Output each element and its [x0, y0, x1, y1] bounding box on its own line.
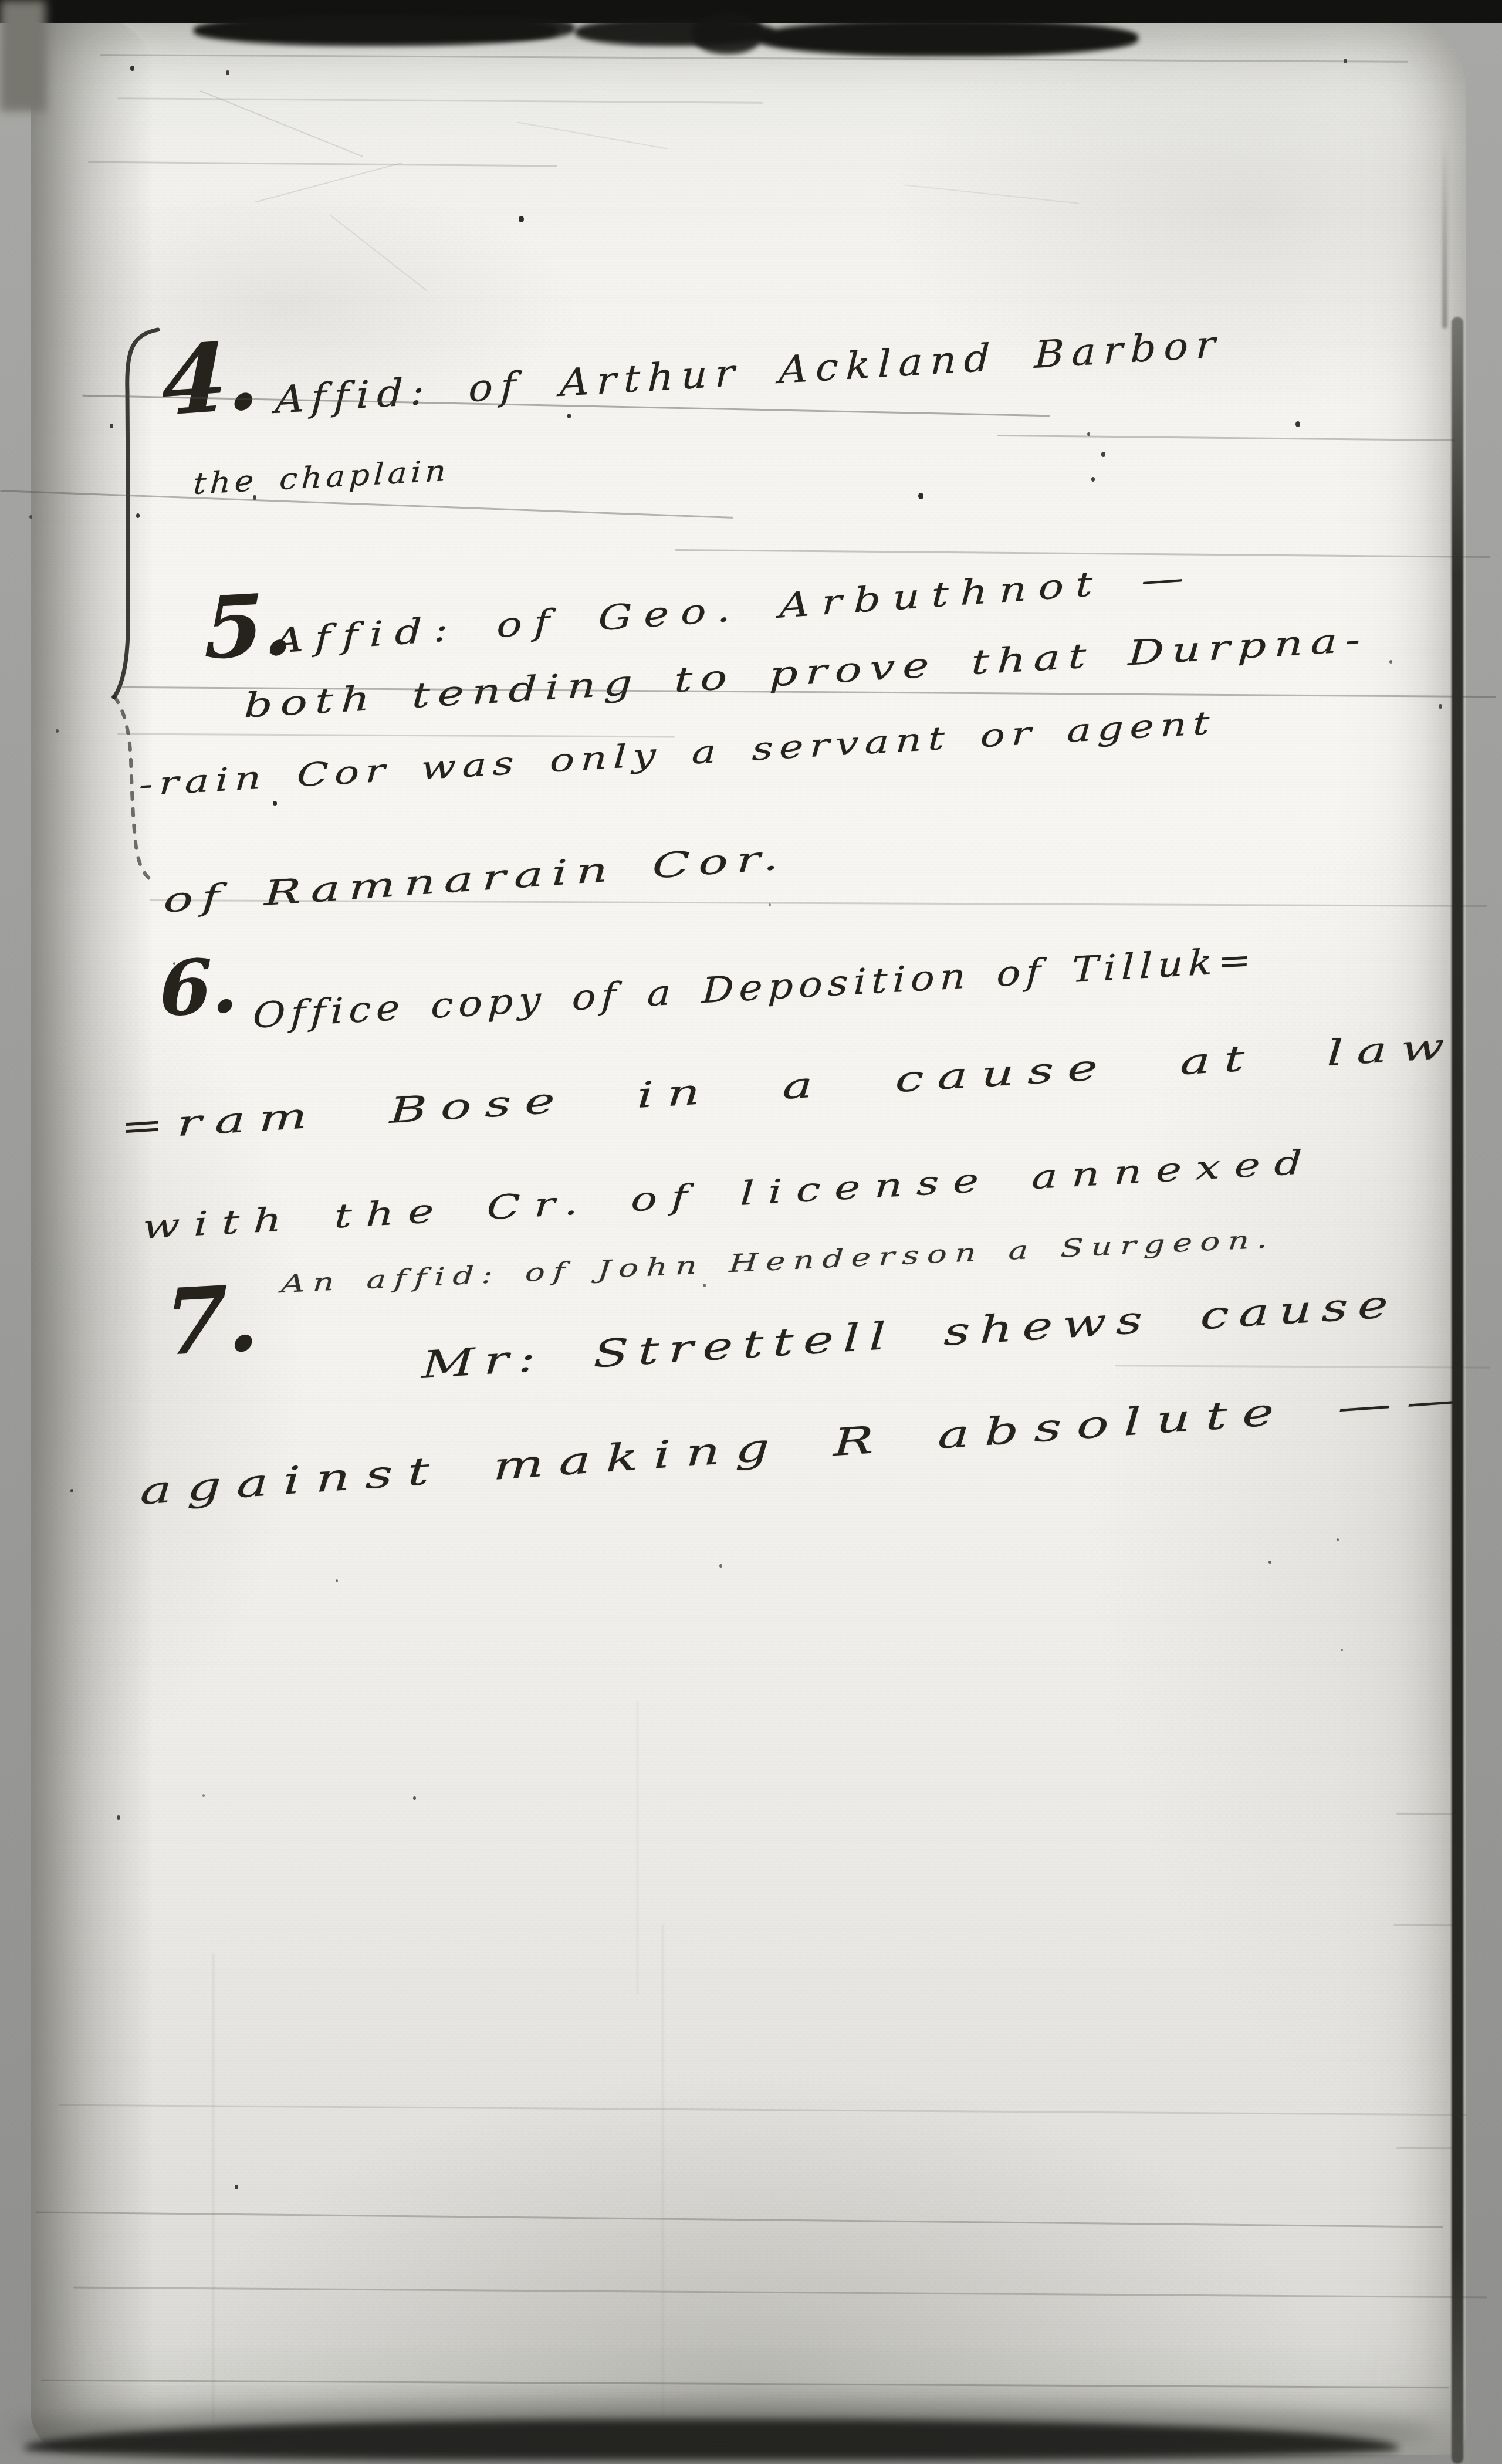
ink-speck	[1101, 452, 1105, 457]
scanned-document: 4. Affid: of Arthur Ackland Barbor the c…	[0, 0, 1502, 2464]
top-edge-blob	[692, 13, 763, 54]
ink-speck	[1295, 421, 1300, 427]
ink-speck	[1337, 1538, 1339, 1541]
paper-streak	[662, 1924, 664, 2417]
entry-4-number: 4.	[162, 328, 260, 429]
crease-line	[1396, 2147, 1458, 2149]
ink-speck	[110, 424, 113, 428]
ink-speck	[1341, 1649, 1343, 1651]
crease-line	[1396, 1813, 1455, 1815]
ink-speck	[202, 1794, 205, 1797]
ink-speck	[130, 66, 134, 71]
page-right-edge-faint	[1442, 135, 1447, 329]
ink-speck	[173, 962, 175, 965]
ink-speck	[226, 70, 229, 75]
ink-speck	[117, 1815, 120, 1820]
entry-6-number: 6.	[160, 948, 238, 1027]
corner-shade-top-left	[0, 0, 46, 111]
crease-line	[1393, 1924, 1458, 1926]
ink-speck	[769, 903, 771, 906]
ink-speck	[567, 414, 571, 418]
entry-7-number: 7.	[164, 1272, 259, 1368]
ink-speck	[136, 513, 140, 518]
ink-speck	[1091, 477, 1095, 482]
ink-speck	[273, 801, 277, 806]
page-right-edge-line	[1452, 317, 1463, 2464]
top-edge-blob	[446, 16, 575, 40]
ink-speck	[1344, 59, 1347, 63]
top-edge-blob	[757, 20, 1138, 56]
ink-speck	[253, 495, 256, 500]
ink-speck	[235, 2185, 238, 2189]
paper-streak	[637, 1701, 638, 1995]
ink-speck	[1439, 704, 1442, 709]
paper-streak	[212, 1954, 214, 2423]
ink-speck	[336, 1579, 338, 1582]
